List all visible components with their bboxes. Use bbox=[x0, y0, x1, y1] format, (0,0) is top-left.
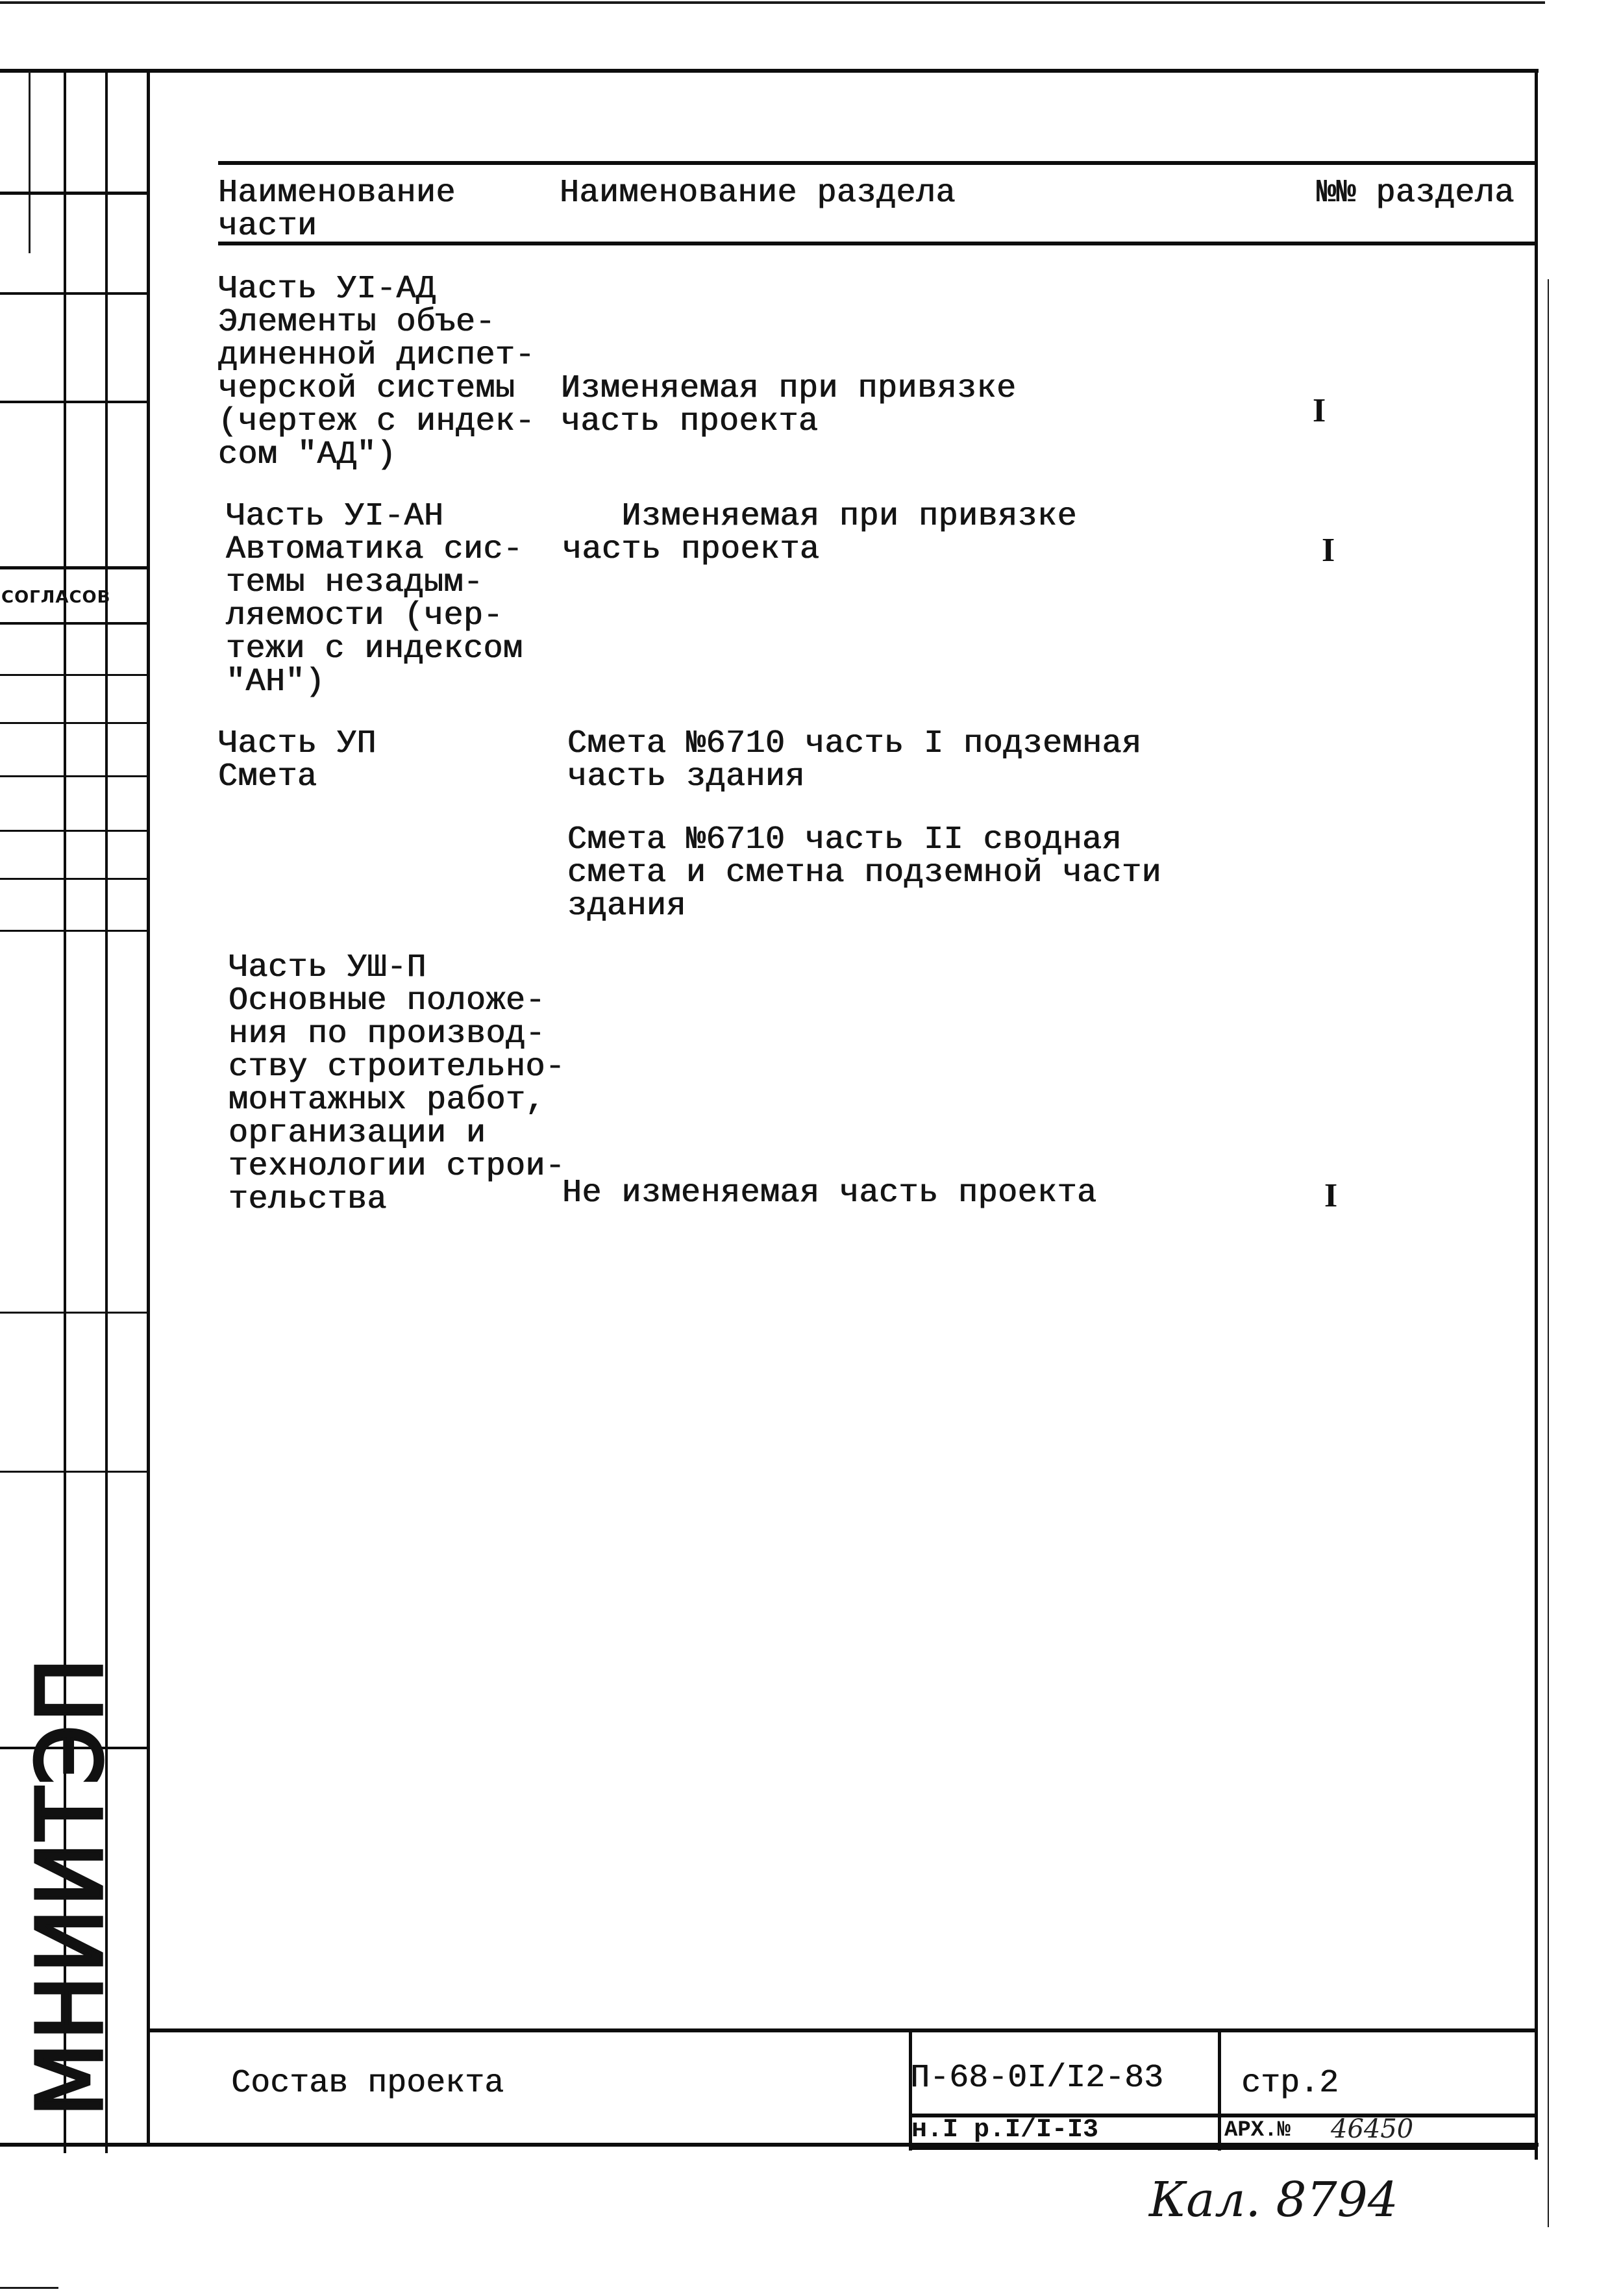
section-name: Смета №6710 часть II сводная смета и сме… bbox=[567, 823, 1161, 923]
section-name: Изменяемая при привязке часть проекта bbox=[562, 500, 1077, 566]
top-edge-line bbox=[0, 1, 1545, 4]
part-name: Часть УШ-П Основные положе- ния по произ… bbox=[229, 951, 565, 1216]
page-number: стр.2 bbox=[1241, 2065, 1339, 2102]
archive-number: 46450 bbox=[1331, 2114, 1413, 2144]
part-name: Часть УП Смета bbox=[218, 727, 377, 793]
project-code: П-68-0I/I2-83 bbox=[910, 2060, 1163, 2097]
frame-right-line bbox=[1535, 69, 1538, 2160]
part-name: Часть УI-АД Элементы объе- диненной дисп… bbox=[218, 273, 535, 471]
document-title: Состав проекта bbox=[231, 2065, 504, 2102]
section-number: I bbox=[1313, 392, 1326, 430]
frame-right-faint-line bbox=[1548, 279, 1549, 2227]
section-number: I bbox=[1324, 1177, 1337, 1215]
header-part-name: Наименование части bbox=[218, 177, 456, 243]
part-name: Часть УI-АН Автоматика сис- темы незадым… bbox=[226, 500, 523, 699]
header-section-name: Наименование раздела bbox=[560, 177, 956, 210]
frame-top-line bbox=[0, 69, 1539, 73]
section-name: Изменяемая при привязке часть проекта bbox=[561, 372, 1017, 438]
header-section-number: №№ раздела bbox=[1317, 177, 1515, 210]
institute-logo: МНИИТЭП bbox=[18, 1655, 123, 2117]
header-bottom-rule bbox=[218, 242, 1536, 245]
handwritten-note: Кал. 8794 bbox=[1149, 2172, 1398, 2228]
section-name: Не изменяемая часть проекта bbox=[562, 1177, 1097, 1210]
section-name: Смета №6710 часть I подземная часть здан… bbox=[567, 727, 1142, 793]
approval-stamp-text: СОГЛАСОВ bbox=[1, 588, 110, 607]
archive-label: АРХ.№ bbox=[1224, 2118, 1291, 2143]
header-top-rule bbox=[218, 161, 1536, 165]
corner-mark bbox=[0, 2287, 58, 2289]
frame-left-line bbox=[147, 69, 150, 2147]
sub-code: н.I р.I/I-I3 bbox=[911, 2115, 1098, 2145]
section-number: I bbox=[1322, 531, 1335, 569]
